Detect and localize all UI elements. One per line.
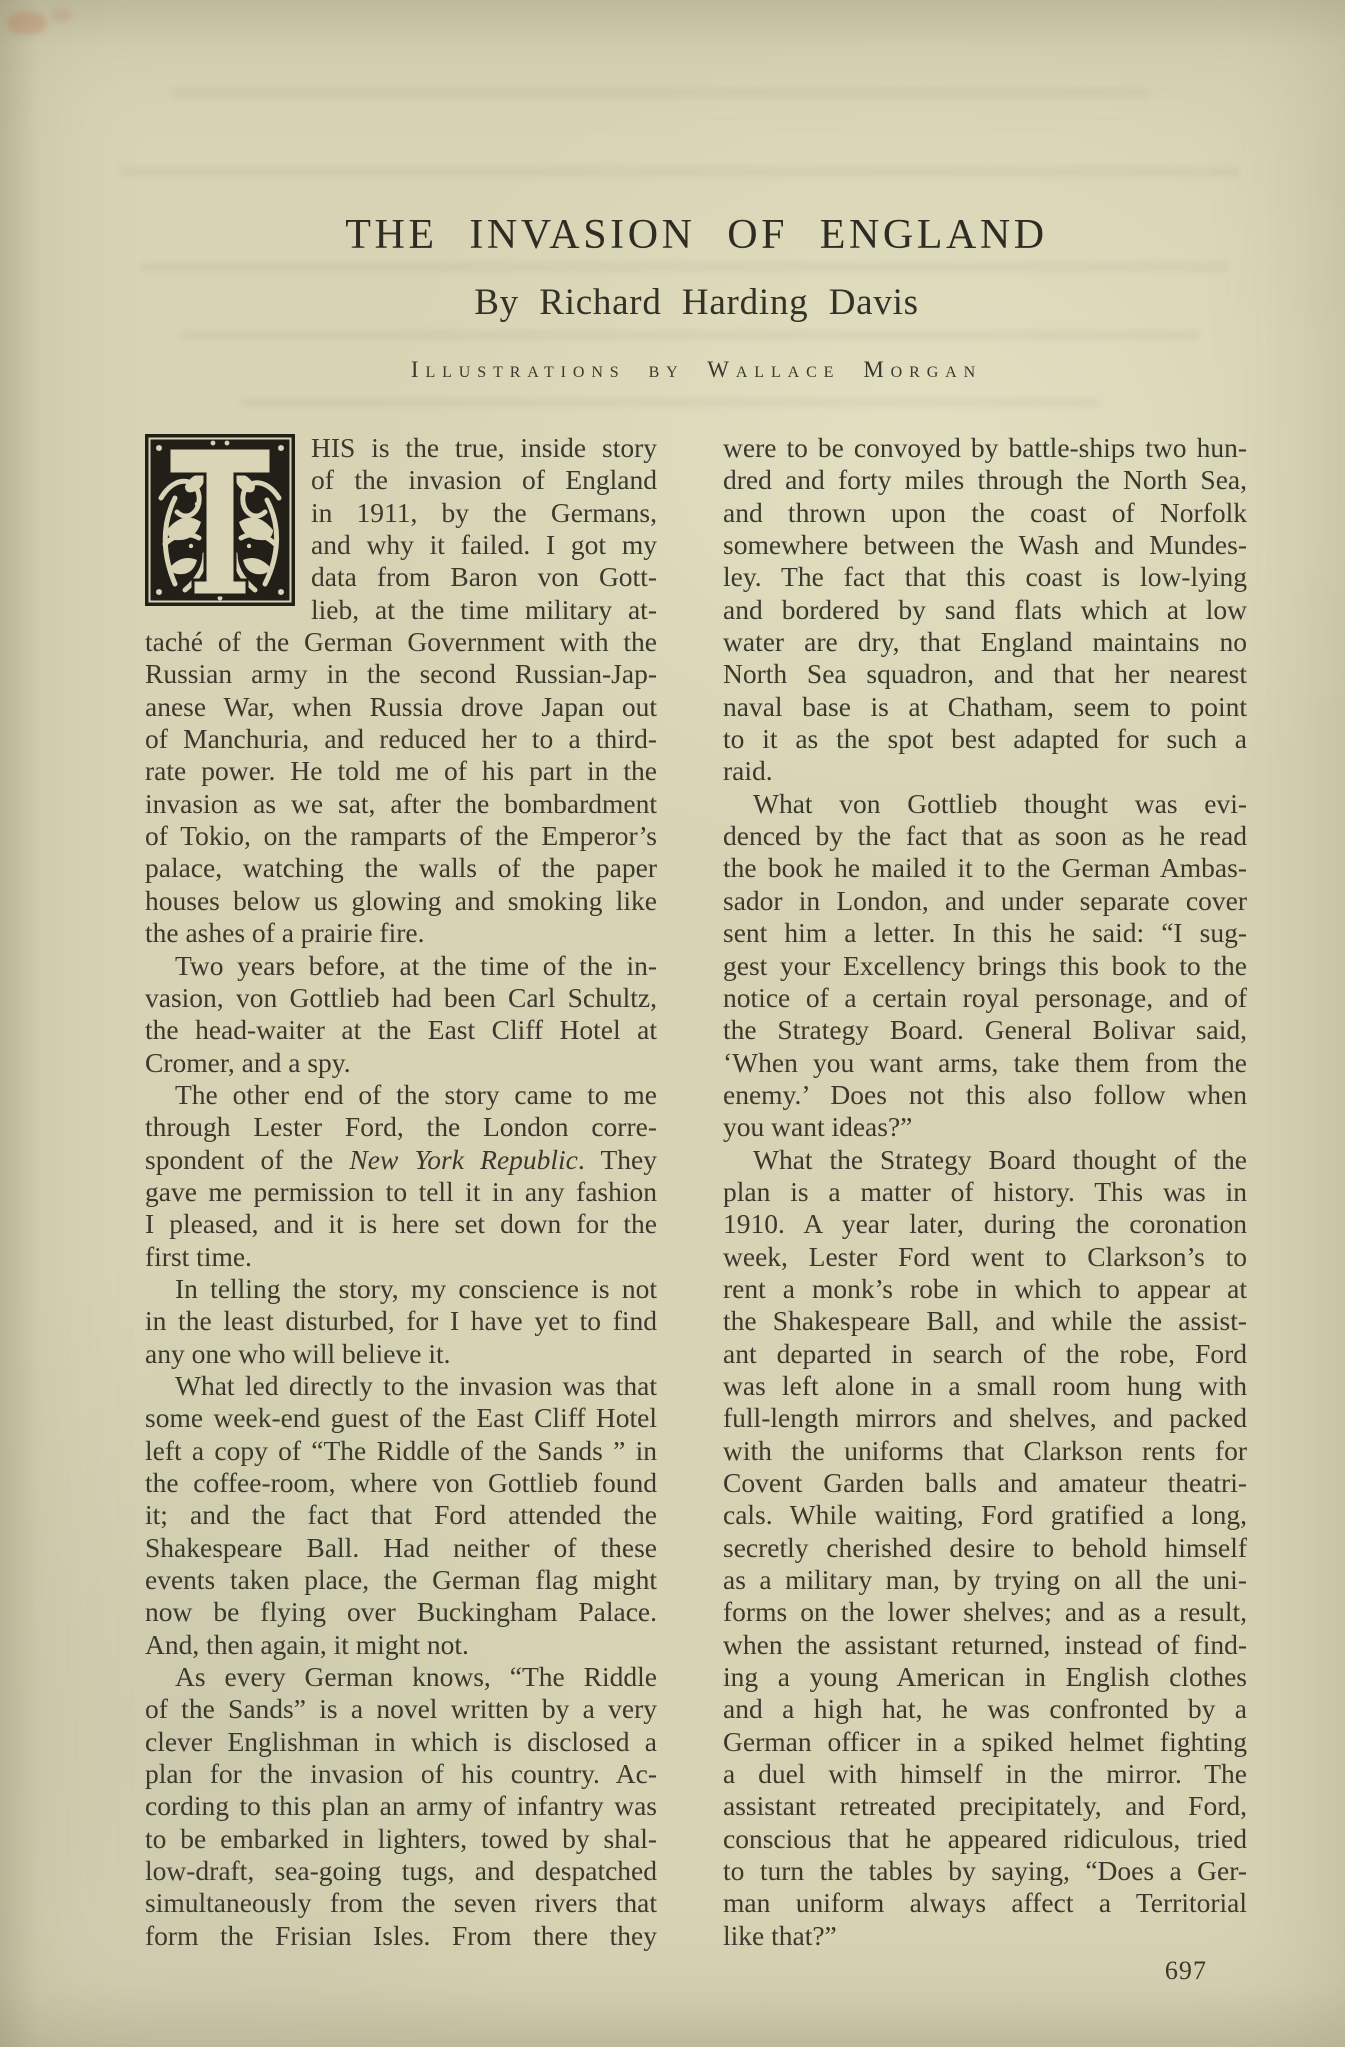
body-line: to it as the spot best adapted for such …	[723, 723, 1247, 755]
body-line: What led directly to the invasion was th…	[145, 1370, 657, 1402]
book-page-scan: { "page": { "title": "THE INVASION OF EN…	[0, 0, 1345, 2047]
body-line: man uniform always affect a Territorial	[723, 1887, 1247, 1919]
body-line: ley. The fact that this coast is low-lyi…	[723, 561, 1247, 593]
red-ink-smudge	[52, 8, 72, 22]
body-line: was left alone in a small room hung with	[723, 1370, 1247, 1402]
body-line: cording to this plan an army of infantry…	[145, 1790, 657, 1822]
showthrough-smudge	[180, 330, 1200, 340]
body-line: rent a monk’s robe in which to appear at	[723, 1273, 1247, 1305]
body-line: denced by the fact that as soon as he re…	[723, 820, 1247, 852]
body-line: naval base is at Chatham, seem to point	[723, 691, 1247, 723]
body-line: plan is a matter of history. This was in	[723, 1176, 1247, 1208]
body-line: through Lester Ford, the London corre-	[145, 1111, 657, 1143]
body-line: the coffee-room, where von Gottlieb foun…	[145, 1467, 657, 1499]
body-line: Covent Garden balls and amateur theatri-	[723, 1467, 1247, 1499]
body-line: in the least disturbed, for I have yet t…	[145, 1305, 657, 1337]
right-column: were to be convoyed by battle-ships two …	[723, 432, 1247, 1952]
body-line: houses below us glowing and smoking like	[145, 885, 657, 917]
body-line: plan for the invasion of his country. Ac…	[145, 1758, 657, 1790]
page-title: THE INVASION OF ENGLAND	[48, 212, 1345, 258]
body-line: sent him a letter. In this he said: “I s…	[723, 917, 1247, 949]
illustration-credit: Illustrations by Wallace Morgan	[48, 357, 1345, 383]
body-line: anese War, when Russia drove Japan out	[145, 691, 657, 723]
body-line: vasion, von Gottlieb had been Carl Schul…	[145, 982, 657, 1014]
body-line: of the invasion of England	[311, 464, 657, 496]
body-line: low-draft, sea-going tugs, and despatche…	[145, 1855, 657, 1887]
body-line: and thrown upon the coast of Norfolk	[723, 497, 1247, 529]
showthrough-smudge	[170, 88, 1150, 98]
body-line: full-length mirrors and shelves, and pac…	[723, 1402, 1247, 1434]
red-ink-smudge	[8, 12, 46, 34]
text-run: . They	[578, 1144, 657, 1175]
body-line: with the uniforms that Clarkson rents fo…	[723, 1435, 1247, 1467]
body-line: gave me permission to tell it in any fas…	[145, 1176, 657, 1208]
body-line: Cromer, and a spy.	[145, 1047, 657, 1079]
body-line: simultaneously from the seven rivers tha…	[145, 1887, 657, 1919]
body-line: like that?”	[723, 1920, 1247, 1952]
body-line: some week-end guest of the East Cliff Ho…	[145, 1402, 657, 1434]
body-line: and a high hat, he was confronted by a	[723, 1693, 1247, 1725]
body-line: HIS is the true, inside story	[311, 432, 657, 464]
drop-cap-T	[145, 434, 295, 606]
body-line: to be embarked in lighters, towed by sha…	[145, 1823, 657, 1855]
showthrough-smudge	[140, 262, 1230, 272]
showthrough-smudge	[120, 166, 1240, 177]
showthrough-smudge	[240, 398, 1100, 407]
body-line: data from Baron von Gott-	[311, 561, 657, 593]
body-line: any one who will believe it.	[145, 1338, 657, 1370]
body-line: I pleased, and it is here set down for t…	[145, 1208, 657, 1240]
body-line: raid.	[723, 755, 1247, 787]
body-line: taché of the German Government with the	[145, 626, 657, 658]
body-line: secretly cherished desire to behold hims…	[723, 1532, 1247, 1564]
body-line: lieb, at the time military at-	[311, 594, 657, 626]
body-line: Shakespeare Ball. Had neither of these	[145, 1532, 657, 1564]
body-line: the ashes of a prairie fire.	[145, 917, 657, 949]
body-line: left a copy of “The Riddle of the Sands …	[145, 1435, 657, 1467]
body-line: of Tokio, on the ramparts of the Emperor…	[145, 820, 657, 852]
italic-text: New York Republic	[349, 1144, 577, 1175]
body-line: enemy.’ Does not this also follow when	[723, 1079, 1247, 1111]
drop-cap-ornament	[145, 434, 295, 606]
body-line: North Sea squadron, and that her nearest	[723, 658, 1247, 690]
body-line: The other end of the story came to me	[145, 1079, 657, 1111]
body-line: ant departed in search of the robe, Ford	[723, 1338, 1247, 1370]
body-line: when the assistant returned, instead of …	[723, 1629, 1247, 1661]
body-line: week, Lester Ford went to Clarkson’s to	[723, 1241, 1247, 1273]
body-line: German officer in a spiked helmet fighti…	[723, 1726, 1247, 1758]
body-line: gest your Excellency brings this book to…	[723, 950, 1247, 982]
body-line: the book he mailed it to the German Amba…	[723, 852, 1247, 884]
body-line: water are dry, that England maintains no	[723, 626, 1247, 658]
left-column-text: HIS is the true, inside storyof the inva…	[145, 432, 657, 1952]
page-number: 697	[723, 1956, 1247, 1986]
body-line: ‘When you want arms, take them from the	[723, 1047, 1247, 1079]
body-line: sador in London, and under separate cove…	[723, 885, 1247, 917]
body-line: a duel with himself in the mirror. The	[723, 1758, 1247, 1790]
body-line: palace, watching the walls of the paper	[145, 852, 657, 884]
body-line: Russian army in the second Russian-Jap-	[145, 658, 657, 690]
body-line: somewhere between the Wash and Mundes-	[723, 529, 1247, 561]
body-line: And, then again, it might not.	[145, 1629, 657, 1661]
byline: By Richard Harding Davis	[48, 283, 1345, 324]
body-line: invasion as we sat, after the bombardmen…	[145, 788, 657, 820]
body-line: the Strategy Board. General Bolivar said…	[723, 1014, 1247, 1046]
body-line: the head-waiter at the East Cliff Hotel …	[145, 1014, 657, 1046]
body-line: In telling the story, my conscience is n…	[145, 1273, 657, 1305]
body-line: and why it failed. I got my	[311, 529, 657, 561]
body-line: 1910. A year later, during the coronatio…	[723, 1208, 1247, 1240]
body-line: ing a young American in English clothes	[723, 1661, 1247, 1693]
body-line: as a military man, by trying on all the …	[723, 1564, 1247, 1596]
body-line: you want ideas?”	[723, 1111, 1247, 1143]
body-line: and bordered by sand flats which at low	[723, 594, 1247, 626]
body-line: spondent of the New York Republic. They	[145, 1144, 657, 1176]
body-line: rate power. He told me of his part in th…	[145, 755, 657, 787]
body-line: form the Frisian Isles. From there they	[145, 1920, 657, 1952]
body-line: assistant retreated precipitately, and F…	[723, 1790, 1247, 1822]
body-line: first time.	[145, 1241, 657, 1273]
text-run: spondent of the	[145, 1144, 349, 1175]
body-line: forms on the lower shelves; and as a res…	[723, 1596, 1247, 1628]
body-line: As every German knows, “The Riddle	[145, 1661, 657, 1693]
body-line: dred and forty miles through the North S…	[723, 464, 1247, 496]
body-line: of the Sands” is a novel written by a ve…	[145, 1693, 657, 1725]
body-line: conscious that he appeared ridiculous, t…	[723, 1823, 1247, 1855]
left-column: HIS is the true, inside storyof the inva…	[145, 432, 657, 1952]
body-line: events taken place, the German flag migh…	[145, 1564, 657, 1596]
body-line: were to be convoyed by battle-ships two …	[723, 432, 1247, 464]
body-line: to turn the tables by saying, “Does a Ge…	[723, 1855, 1247, 1887]
body-line: the Shakespeare Ball, and while the assi…	[723, 1305, 1247, 1337]
body-line: Two years before, at the time of the in-	[145, 950, 657, 982]
body-line: it; and the fact that Ford attended the	[145, 1499, 657, 1531]
body-line: of Manchuria, and reduced her to a third…	[145, 723, 657, 755]
body-line: cals. While waiting, Ford gratified a lo…	[723, 1499, 1247, 1531]
body-line: notice of a certain royal personage, and…	[723, 982, 1247, 1014]
right-column-text: were to be convoyed by battle-ships two …	[723, 432, 1247, 1952]
body-line: What von Gottlieb thought was evi-	[723, 788, 1247, 820]
body-line: clever Englishman in which is disclosed …	[145, 1726, 657, 1758]
body-line: now be flying over Buckingham Palace.	[145, 1596, 657, 1628]
body-line: What the Strategy Board thought of the	[723, 1144, 1247, 1176]
body-line: in 1911, by the Germans,	[311, 497, 657, 529]
